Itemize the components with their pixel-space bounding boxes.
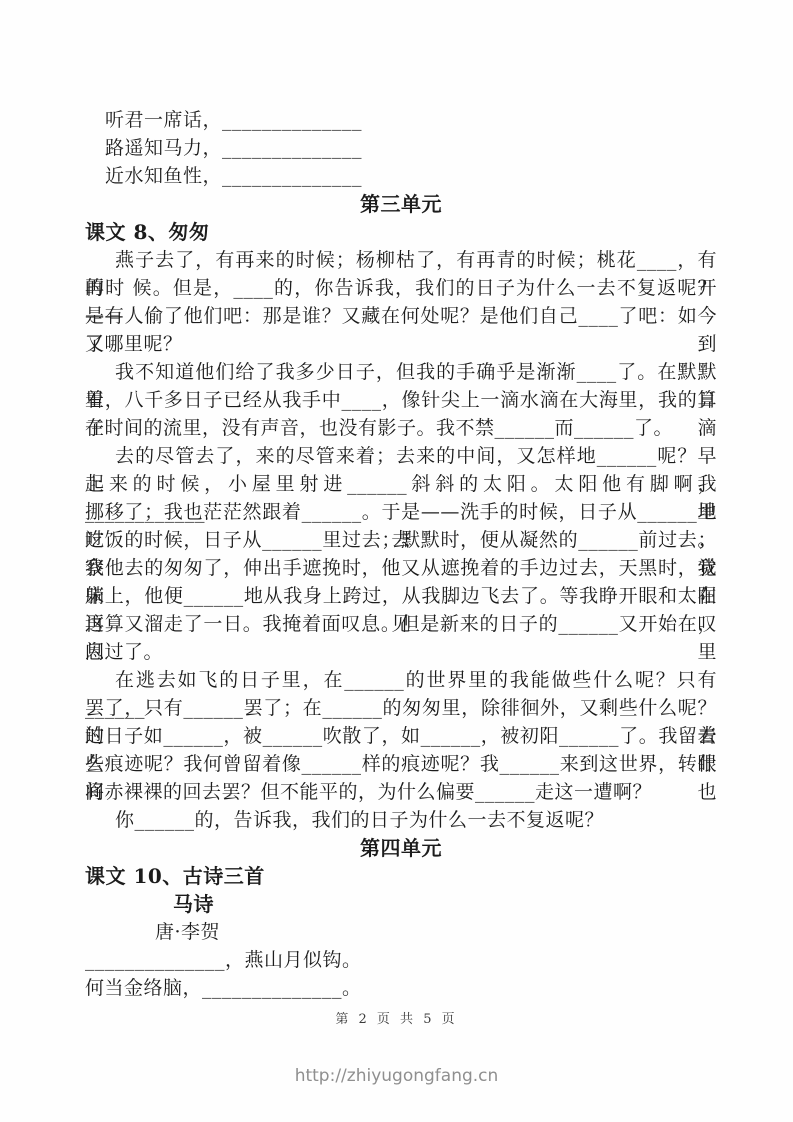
text-line: 起来的时候，小屋里射进______斜斜的太阳。太阳他有脚啊，__________… — [85, 470, 717, 498]
text-line: 在时间的流里，没有声音，也没有影子。我不禁______而______了。 — [85, 414, 717, 442]
text-line: 的日子如______，被______吹散了，如______，被初阳______了… — [85, 722, 717, 750]
text-line: 将赤裸裸的回去罢？但不能平的，为什么偏要______走这一遭啊？ — [85, 778, 717, 806]
unit-heading: 第四单元 — [85, 834, 717, 862]
text-line: 在逃去如飞的日子里，在______的世界里的我能做些什么呢？只有______ — [85, 666, 717, 694]
text-line: 么痕迹呢？我何曾留着像______样的痕迹呢？我______来到这世界，转眼间也 — [85, 750, 717, 778]
poem-author: 唐·李贺 — [85, 918, 717, 946]
text-line: 何当金络脑，______________。 — [85, 974, 717, 1002]
text-line: 你______的，告诉我，我们的日子为什么一去不复返呢？ — [85, 806, 717, 834]
text-line: 我不知道他们给了我多少日子，但我的手确乎是渐渐____了。在默默里算 — [85, 358, 717, 386]
text-line: 的时 候。但是，____的，你告诉我，我们的日子为什么一去不复返呢？—— — [85, 274, 717, 302]
saying-line: 路遥知马力，______________ — [85, 134, 717, 162]
text-line: 挪移了；我也茫茫然跟着______。于是——洗手的时候，日子从______里过去… — [85, 498, 717, 526]
text-line: 察他去的匆匆了，伸出手遮挽时，他又从遮挽着的手边过去，天黑时，我躺在 — [85, 554, 717, 582]
poem-title: 马诗 — [85, 890, 717, 918]
text-line: ______________，燕山月似钩。 — [85, 946, 717, 974]
saying-line: 近水知鱼性，______________ — [85, 162, 717, 190]
page-number-indicator: 第 2 页 共 5 页 — [0, 1008, 793, 1027]
text-line: 去的尽管去了，来的尽管来着；去来的中间，又怎样地______呢？早上我 — [85, 442, 717, 470]
text-line: 着，八千多日子已经从我手中____，像针尖上一滴水滴在大海里，我的日子滴 — [85, 386, 717, 414]
lesson-heading: 课文 8、匆匆 — [85, 218, 717, 246]
text-line: 是有人偷了他们吧：那是谁？又藏在何处呢？是他们自己____了吧：如今又到 — [85, 302, 717, 330]
text-line: 燕子去了，有再来的时候；杨柳枯了，有再青的时候；桃花____，有再开 — [85, 246, 717, 274]
text-line: 这算又溜走了一日。我掩着面叹息。但是新来的日子的______又开始在叹息里 — [85, 610, 717, 638]
site-url: http://zhiyugongfang.cn — [0, 1066, 793, 1086]
text-line: 罢了，只有______罢了；在______的匆匆里，除徘徊外，又剩些什么呢？过去 — [85, 694, 717, 722]
text-line: 吃饭的时候，日子从______里过去；默默时，便从凝然的______前过去。我觉 — [85, 526, 717, 554]
lesson-heading: 课文 10、古诗三首 — [85, 862, 717, 890]
unit-heading: 第三单元 — [85, 190, 717, 218]
text-line: 床上，他便______地从我身上跨过，从我脚边飞去了。等我睁开眼和太阳再见， — [85, 582, 717, 610]
worksheet-page: 听君一席话，______________路遥知马力，______________… — [0, 0, 793, 1122]
saying-line: 听君一席话，______________ — [85, 106, 717, 134]
document-body: 听君一席话，______________路遥知马力，______________… — [85, 106, 717, 1002]
